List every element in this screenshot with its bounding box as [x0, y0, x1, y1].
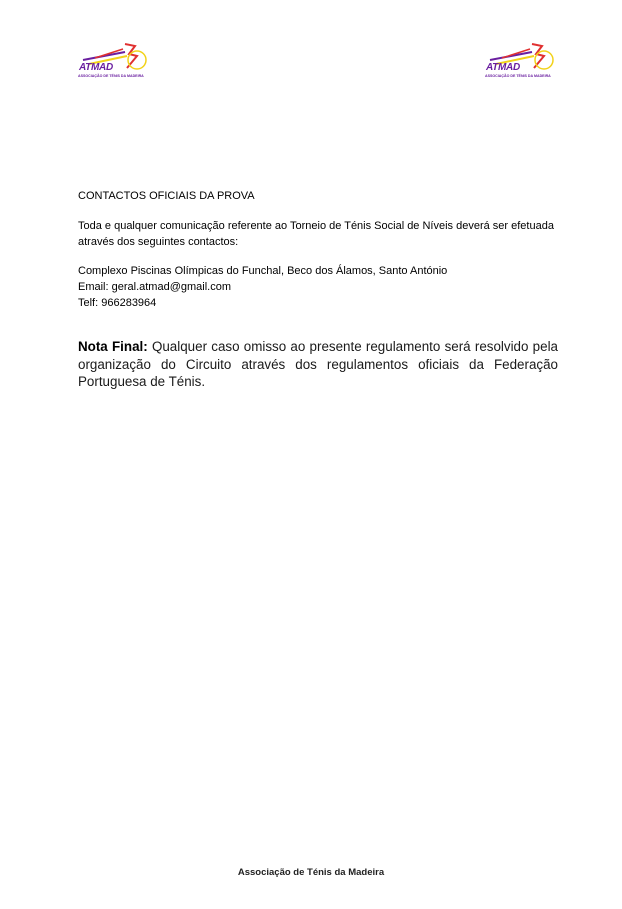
section-heading: CONTACTOS OFICIAIS DA PROVA — [78, 188, 558, 204]
atmad-logo-right: ATMAD ASSOCIAÇÃO DE TÉNIS DA MADEIRA — [482, 38, 560, 84]
logo-text: ATMAD — [486, 62, 520, 73]
page-footer: Associação de Ténis da Madeira — [0, 867, 622, 878]
nota-final-paragraph: Nota Final: Qualquer caso omisso ao pres… — [78, 338, 558, 391]
logo-subtitle: ASSOCIAÇÃO DE TÉNIS DA MADEIRA — [78, 74, 144, 78]
nota-final-text: Qualquer caso omisso ao presente regulam… — [78, 339, 558, 389]
logo-subtitle: ASSOCIAÇÃO DE TÉNIS DA MADEIRA — [485, 74, 551, 78]
intro-paragraph: Toda e qualquer comunicação referente ao… — [78, 218, 558, 250]
nota-final-label: Nota Final: — [78, 339, 148, 354]
email: Email: geral.atmad@gmail.com — [78, 279, 558, 295]
atmad-logo-left: ATMAD ASSOCIAÇÃO DE TÉNIS DA MADEIRA — [75, 38, 153, 84]
address: Complexo Piscinas Olímpicas do Funchal, … — [78, 263, 558, 279]
contacts-block: Complexo Piscinas Olímpicas do Funchal, … — [78, 263, 558, 311]
logo-text: ATMAD — [79, 62, 113, 73]
phone: Telf: 966283964 — [78, 295, 558, 311]
